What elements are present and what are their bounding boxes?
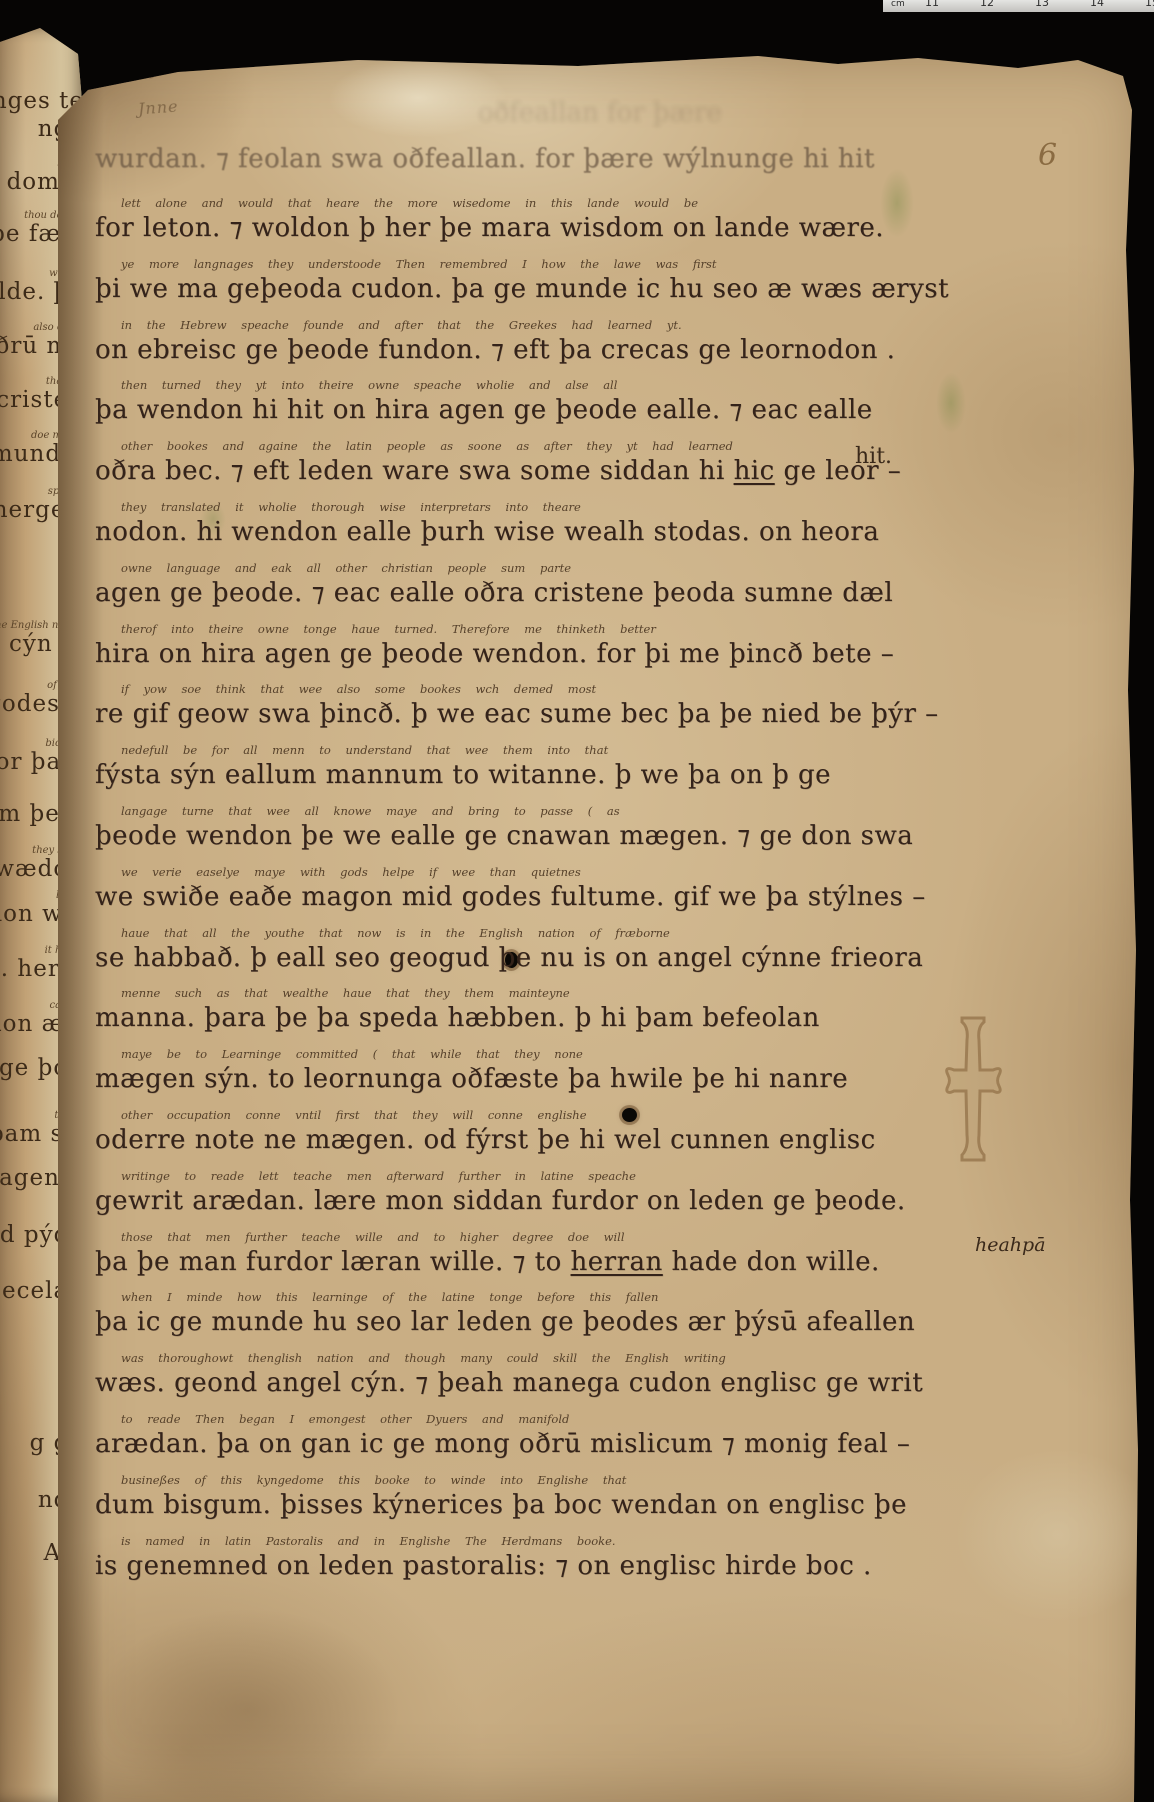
old-english-line: þa ic ge munde hu seo lar leden ge þeode… bbox=[95, 1305, 855, 1339]
interlinear-gloss: if yow soe think that wee also some book… bbox=[95, 682, 855, 697]
green-stain bbox=[880, 168, 914, 238]
old-english-line: dum bisgum. þisses kýnerices þa boc wend… bbox=[95, 1488, 855, 1522]
manuscript-line-row: we verie easelye maye with gods helpe if… bbox=[95, 865, 855, 914]
old-english-line: on ebreisc ge þeode fundon. ⁊ eft þa cre… bbox=[95, 333, 855, 367]
old-english-line: hira on hira agen ge þeode wendon. for þ… bbox=[95, 637, 855, 671]
interlinear-gloss: other occupation conne vntil first that … bbox=[95, 1108, 855, 1123]
ruler-tick-label: 12 bbox=[980, 0, 994, 9]
manuscript-line-row: busineßes of this kyngedome this booke t… bbox=[95, 1473, 855, 1522]
pen-trial: tros bbox=[126, 67, 157, 84]
interlinear-gloss: therof into theire owne tonge haue turne… bbox=[95, 622, 855, 637]
old-english-line: se habbað. þ eall seo geogud þe nu is on… bbox=[95, 941, 855, 975]
manuscript-line-row: those that men further teache wille and … bbox=[95, 1230, 855, 1279]
manuscript-line-row: other occupation conne vntil first that … bbox=[95, 1108, 855, 1157]
ruler-tick-label: 14 bbox=[1090, 0, 1104, 9]
interlinear-gloss: other bookes and againe the latin people… bbox=[95, 439, 855, 454]
old-english-line: nodon. hi wendon ealle þurh wise wealh s… bbox=[95, 515, 855, 549]
old-english-line: for leton. ⁊ woldon þ her þe mara wisdom… bbox=[95, 211, 855, 245]
old-english-line: þeode wendon þe we ealle ge cnawan mægen… bbox=[95, 819, 855, 853]
manuscript-line-row: therof into theire owne tonge haue turne… bbox=[95, 622, 855, 671]
pen-trial: Jnne bbox=[137, 97, 179, 119]
interlinear-gloss: lett alone and would that heare the more… bbox=[95, 196, 855, 211]
manuscript-line-row: lett alone and would that heare the more… bbox=[95, 196, 855, 245]
green-stain bbox=[936, 372, 966, 434]
interlinear-gloss: we verie easelye maye with gods helpe if… bbox=[95, 865, 855, 880]
interlinear-gloss: haue that all the youthe that now is in … bbox=[95, 926, 855, 941]
interlinear-gloss: nedefull be for all menn to understand t… bbox=[95, 743, 855, 758]
manuscript-line-row: if yow soe think that wee also some book… bbox=[95, 682, 855, 731]
old-english-line: fýsta sýn eallum mannum to witanne. þ we… bbox=[95, 758, 855, 792]
manuscript-line-row: writinge to reade lett teache men afterw… bbox=[95, 1169, 855, 1218]
old-english-line: wæs. geond angel cýn. ⁊ þeah manega cudo… bbox=[95, 1366, 855, 1400]
manuscript-line-row: when I minde how this learninge of the l… bbox=[95, 1290, 855, 1339]
manuscript-photo: cm1112131415 inges tengasomedom þthou do… bbox=[0, 0, 1154, 1802]
interlinear-gloss: menne such as that wealthe haue that the… bbox=[95, 986, 855, 1001]
old-english-line: manna. þara þe þa speda hæbben. þ hi þam… bbox=[95, 1001, 855, 1035]
interlinear-gloss: langage turne that wee all knowe maye an… bbox=[95, 804, 855, 819]
manuscript-page: tros Jnne oðfeallan for þære wurdan. ⁊ f… bbox=[58, 50, 1146, 1802]
old-english-line: re gif geow swa þincð. þ we eac sume bec… bbox=[95, 697, 855, 731]
show-through-cross-ornament bbox=[942, 1012, 1004, 1164]
old-english-line: oðra bec. ⁊ eft leden ware swa some sidd… bbox=[95, 454, 855, 488]
manuscript-line-row: owne language and eak all other christia… bbox=[95, 561, 855, 610]
interlinear-gloss: then turned they yt into theire owne spe… bbox=[95, 378, 855, 393]
manuscript-line-row: ye more langnages they understoode Then … bbox=[95, 257, 855, 306]
old-english-line: þa wendon hi hit on hira agen ge þeode e… bbox=[95, 393, 855, 427]
manuscript-line-row: other bookes and againe the latin people… bbox=[95, 439, 855, 488]
manuscript-line-row: is named in latin Pastoralis and in Engl… bbox=[95, 1534, 855, 1583]
old-english-line: we swiðe eaðe magon mid godes fultume. g… bbox=[95, 880, 855, 914]
interlinear-gloss: busineßes of this kyngedome this booke t… bbox=[95, 1473, 855, 1488]
ink-offset-ghost: oðfeallan for þære bbox=[478, 98, 722, 128]
interlinear-gloss: when I minde how this learninge of the l… bbox=[95, 1290, 855, 1305]
manuscript-line-row: in the Hebrew speache founde and after t… bbox=[95, 318, 855, 367]
interlinear-gloss: in the Hebrew speache founde and after t… bbox=[95, 318, 855, 333]
manuscript-line-row: menne such as that wealthe haue that the… bbox=[95, 986, 855, 1035]
interlinear-gloss: those that men further teache wille and … bbox=[95, 1230, 855, 1245]
ruler-tick-label: 13 bbox=[1035, 0, 1049, 9]
ruler-tick-label: 11 bbox=[925, 0, 939, 9]
old-english-line: þi we ma geþeoda cudon. þa ge munde ic h… bbox=[95, 272, 855, 306]
manuscript-line-row: haue that all the youthe that now is in … bbox=[95, 926, 855, 975]
manuscript-line-row: langage turne that wee all knowe maye an… bbox=[95, 804, 855, 853]
old-english-line: þa þe man furdor læran wille. ⁊ to herra… bbox=[95, 1245, 855, 1279]
folio-number: 6 bbox=[1038, 138, 1057, 173]
manuscript-line-row: wurdan. ⁊ feolan swa oðfeallan. for þære… bbox=[95, 142, 855, 176]
interlinear-gloss: writinge to reade lett teache men afterw… bbox=[95, 1169, 855, 1184]
old-english-line: mægen sýn. to leornunga oðfæste þa hwile… bbox=[95, 1062, 855, 1096]
manuscript-line-row: was thoroughowt thenglish nation and tho… bbox=[95, 1351, 855, 1400]
old-english-line: gewrit arædan. lære mon siddan furdor on… bbox=[95, 1184, 855, 1218]
old-english-line: agen ge þeode. ⁊ eac ealle oðra cristene… bbox=[95, 576, 855, 610]
manuscript-line-row: maye be to Learninge committed ( that wh… bbox=[95, 1047, 855, 1096]
manuscript-line-row: then turned they yt into theire owne spe… bbox=[95, 378, 855, 427]
old-english-line: is genemned on leden pastoralis: ⁊ on en… bbox=[95, 1549, 855, 1583]
margin-note-heahra: heahpā bbox=[975, 1234, 1046, 1256]
damp-stain bbox=[958, 1450, 1154, 1620]
interlinear-gloss: to reade Then began I emongest other Dyu… bbox=[95, 1412, 855, 1427]
old-english-line: wurdan. ⁊ feolan swa oðfeallan. for þære… bbox=[95, 142, 855, 176]
measuring-ruler: cm1112131415 bbox=[883, 0, 1154, 12]
interlinear-gloss: owne language and eak all other christia… bbox=[95, 561, 855, 576]
manuscript-line-row: nedefull be for all menn to understand t… bbox=[95, 743, 855, 792]
old-english-line: arædan. þa on gan ic ge mong oðrū mislic… bbox=[95, 1427, 855, 1461]
ruler-tick-label: 15 bbox=[1145, 0, 1154, 9]
interlinear-gloss: was thoroughowt thenglish nation and tho… bbox=[95, 1351, 855, 1366]
interlinear-gloss: ye more langnages they understoode Then … bbox=[95, 257, 855, 272]
manuscript-line-row: they translated it wholie thorough wise … bbox=[95, 500, 855, 549]
damp-stain bbox=[98, 1610, 398, 1802]
interlinear-gloss: they translated it wholie thorough wise … bbox=[95, 500, 855, 515]
old-english-line: oderre note ne mægen. od fýrst þe hi wel… bbox=[95, 1123, 855, 1157]
interlinear-gloss: is named in latin Pastoralis and in Engl… bbox=[95, 1534, 855, 1549]
interlinear-gloss: maye be to Learninge committed ( that wh… bbox=[95, 1047, 855, 1062]
manuscript-line-row: to reade Then began I emongest other Dyu… bbox=[95, 1412, 855, 1461]
ruler-unit-label: cm bbox=[891, 0, 905, 9]
margin-note-hit: hit. bbox=[855, 444, 892, 469]
